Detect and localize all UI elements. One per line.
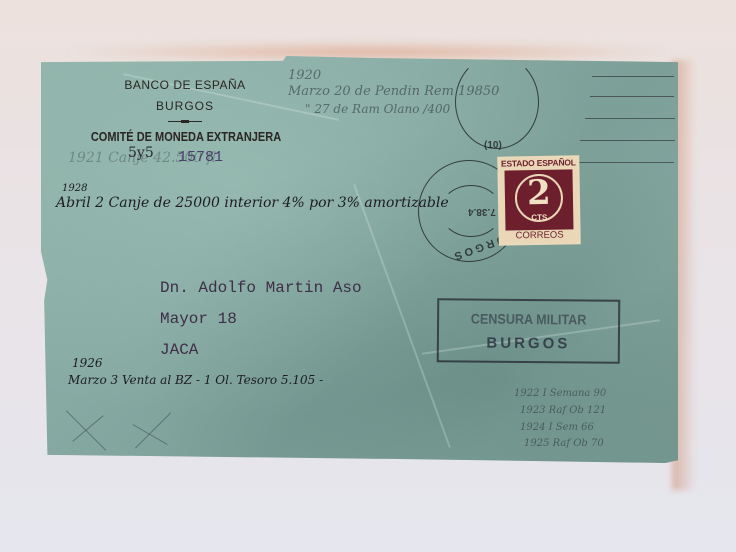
- annotation-right-1925: 1925 Raf Ob 70: [524, 438, 604, 449]
- lower-postmark-date: 7.38.4: [468, 206, 496, 217]
- letterhead-divider: [168, 121, 202, 122]
- stamp-frame: 2 CTS: [504, 169, 573, 230]
- committee-name: COMITÉ DE MONEDA EXTRANJERA: [89, 130, 283, 144]
- annotation-right-1922: 1922 I Semana 90: [514, 388, 606, 399]
- cancel-line: [592, 76, 674, 77]
- censor-line2: BURGOS: [439, 334, 618, 353]
- upper-postmark: [455, 55, 539, 149]
- address-name: Dn. Adolfo Martin Aso: [160, 279, 362, 297]
- annotation-1928-year: 1928: [62, 183, 87, 194]
- reference-number: 15781: [178, 149, 223, 166]
- stamp-unit: CTS: [505, 212, 573, 222]
- bank-city: BURGOS: [85, 99, 285, 113]
- stamp-label: CORREOS: [501, 229, 579, 241]
- annotation-1926-line: Marzo 3 Venta al BZ - 1 Ol. Tesoro 5.105…: [68, 373, 323, 387]
- address-city: JACA: [160, 341, 198, 359]
- cancel-line: [585, 118, 675, 119]
- envelope: [41, 56, 678, 463]
- annotation-top-year: 1920: [288, 68, 321, 83]
- stamp-country: ESTADO ESPAÑOL: [499, 157, 577, 168]
- censor-line1: CENSURA MILITAR: [448, 310, 609, 327]
- cancel-line: [590, 96, 674, 97]
- cancel-line: [580, 140, 675, 141]
- reference-prefix: 5y5: [128, 145, 154, 161]
- annotation-right-1924: 1924 I Sem 66: [520, 422, 594, 433]
- upper-postmark-number: (10): [484, 140, 502, 151]
- annotation-1926-year: 1926: [72, 356, 103, 370]
- annotation-1928-line: Abril 2 Canje de 25000 interior 4% por 3…: [56, 195, 449, 211]
- postage-stamp: ESTADO ESPAÑOL 2 CTS CORREOS: [499, 157, 578, 243]
- cancel-line: [578, 162, 674, 163]
- annotation-right-1923: 1923 Raf Ob 121: [520, 405, 606, 416]
- bank-name: BANCO DE ESPAÑA: [85, 78, 285, 92]
- censor-stamp: CENSURA MILITAR BURGOS: [437, 298, 621, 364]
- annotation-top-line2: " 27 de Ram Olano /400: [305, 102, 450, 116]
- address-street: Mayor 18: [160, 310, 237, 328]
- stamp-value: 2: [505, 172, 574, 213]
